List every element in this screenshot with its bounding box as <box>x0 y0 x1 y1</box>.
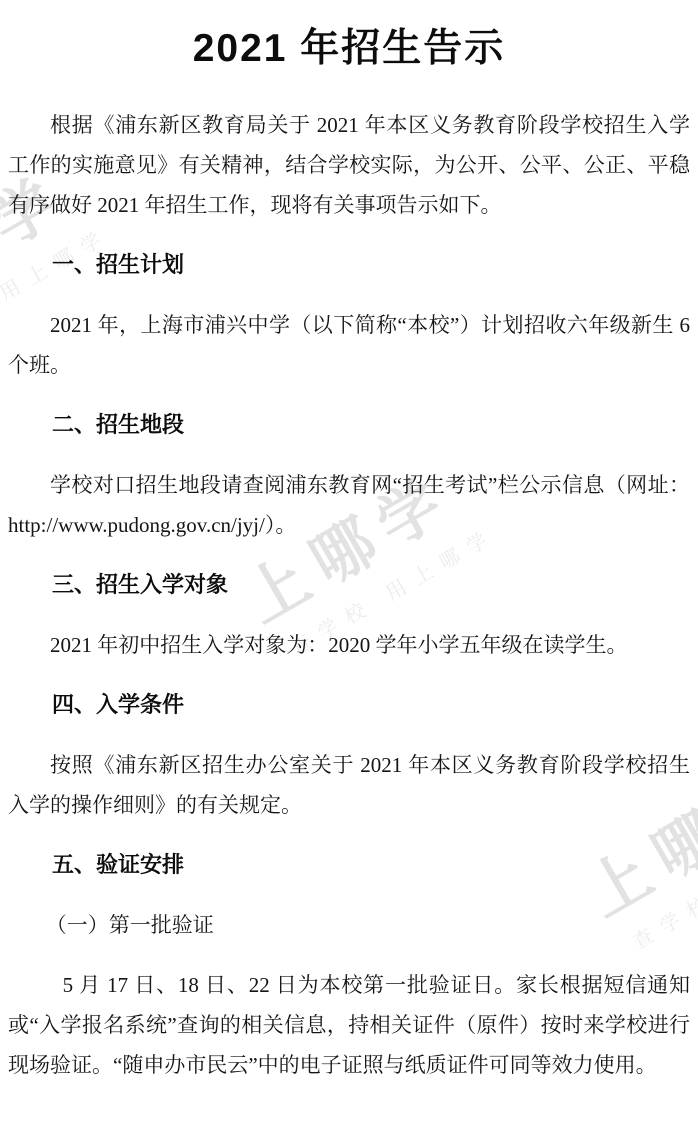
document-page: 上哪学 查学校 用上哪学 上哪学 查学校 用上哪学 上哪学 查学校 用上哪学 2… <box>0 0 698 1146</box>
subsection-heading-first-batch: （一）第一批验证 <box>8 905 690 945</box>
section-paragraph-enrollment-area: 学校对口招生地段请查阅浦东教育网“招生考试”栏公示信息（网址：http://ww… <box>8 465 690 545</box>
document-content: 2021 年招生告示 根据《浦东新区教育局关于 2021 年本区义务教育阶段学校… <box>0 0 698 1085</box>
section-heading-admission-conditions: 四、入学条件 <box>8 685 690 725</box>
page-title: 2021 年招生告示 <box>8 26 690 73</box>
section-paragraph-admission-conditions: 按照《浦东新区招生办公室关于 2021 年本区义务教育阶段学校招生入学的操作细则… <box>8 745 690 825</box>
section-heading-verification-schedule: 五、验证安排 <box>8 845 690 885</box>
intro-paragraph: 根据《浦东新区教育局关于 2021 年本区义务教育阶段学校招生入学工作的实施意见… <box>8 105 690 225</box>
section-paragraph-target-students: 2021 年初中招生入学对象为：2020 学年小学五年级在读学生。 <box>8 625 690 665</box>
section-paragraph-enrollment-plan: 2021 年，上海市浦兴中学（以下简称“本校”）计划招收六年级新生 6 个班。 <box>8 305 690 385</box>
section-heading-enrollment-plan: 一、招生计划 <box>8 245 690 285</box>
section-heading-enrollment-area: 二、招生地段 <box>8 405 690 445</box>
section-paragraph-first-batch: 5 月 17 日、18 日、22 日为本校第一批验证日。家长根据短信通知或“入学… <box>8 965 690 1085</box>
section-heading-target-students: 三、招生入学对象 <box>8 565 690 605</box>
